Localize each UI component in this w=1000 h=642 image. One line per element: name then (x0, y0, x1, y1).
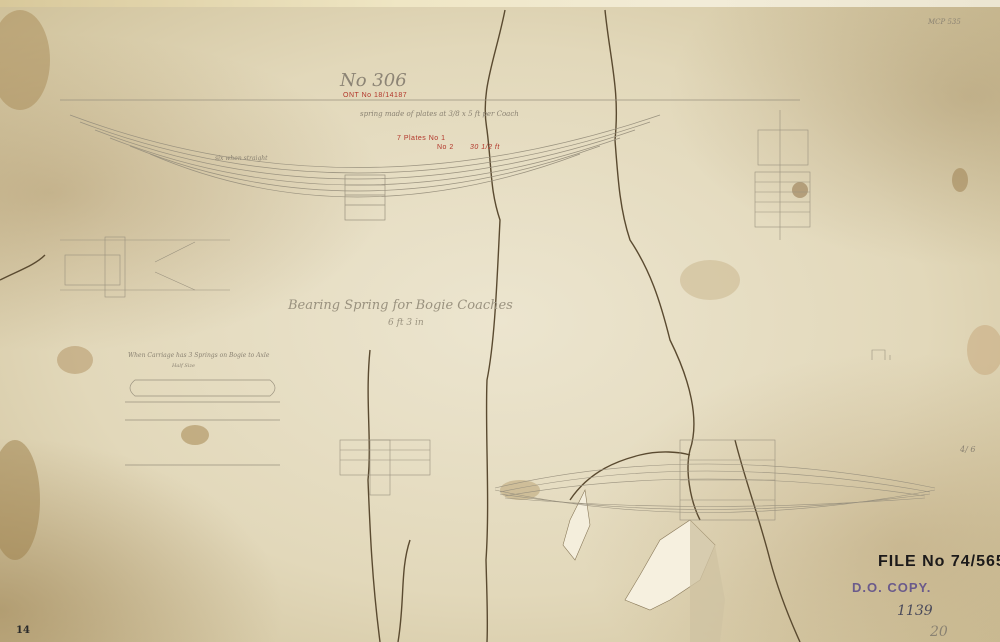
arc-label: six when straight (215, 155, 268, 162)
plates-note-1: 7 Plates No 1 (397, 135, 446, 142)
order-reference: ONT No 18/14187 (343, 92, 407, 99)
file-number-stamp: FILE No 74/565 (878, 553, 1000, 571)
handwritten-number: 1139 (897, 603, 933, 619)
plates-note-2: No 2 (437, 144, 454, 151)
drawing-title: Bearing Spring for Bogie Coaches (288, 298, 513, 313)
handwritten-lower: 20 (930, 624, 948, 640)
stain-layer (0, 10, 1000, 560)
sheet-number: 14 (16, 625, 30, 636)
drawing-linework (0, 0, 1000, 642)
edge-note-right: 4/ 6 (960, 445, 975, 454)
upper-spring-drawing (60, 100, 800, 220)
half-size-label: Half Size (172, 363, 195, 369)
tear-patches (563, 490, 725, 642)
right-detail-drawing (755, 110, 890, 360)
drawing-number: No 306 (340, 70, 407, 91)
do-copy-stamp: D.O. COPY. (852, 580, 931, 595)
lower-spring-drawing (495, 440, 935, 520)
weight-note: 30 1/2 ft (470, 144, 500, 151)
lower-middle-detail (340, 440, 430, 495)
pencil-note-top: spring made of plates at 3/8 x 5 ft per … (360, 110, 519, 118)
left-end-view-drawing (60, 237, 230, 297)
drawing-title-sub: 6 ft 3 in (388, 318, 424, 328)
lower-view-label: When Carriage has 3 Springs on Bogie to … (128, 352, 269, 359)
half-size-view-drawing (125, 380, 280, 465)
corner-reference: MCP 535 (928, 18, 961, 26)
